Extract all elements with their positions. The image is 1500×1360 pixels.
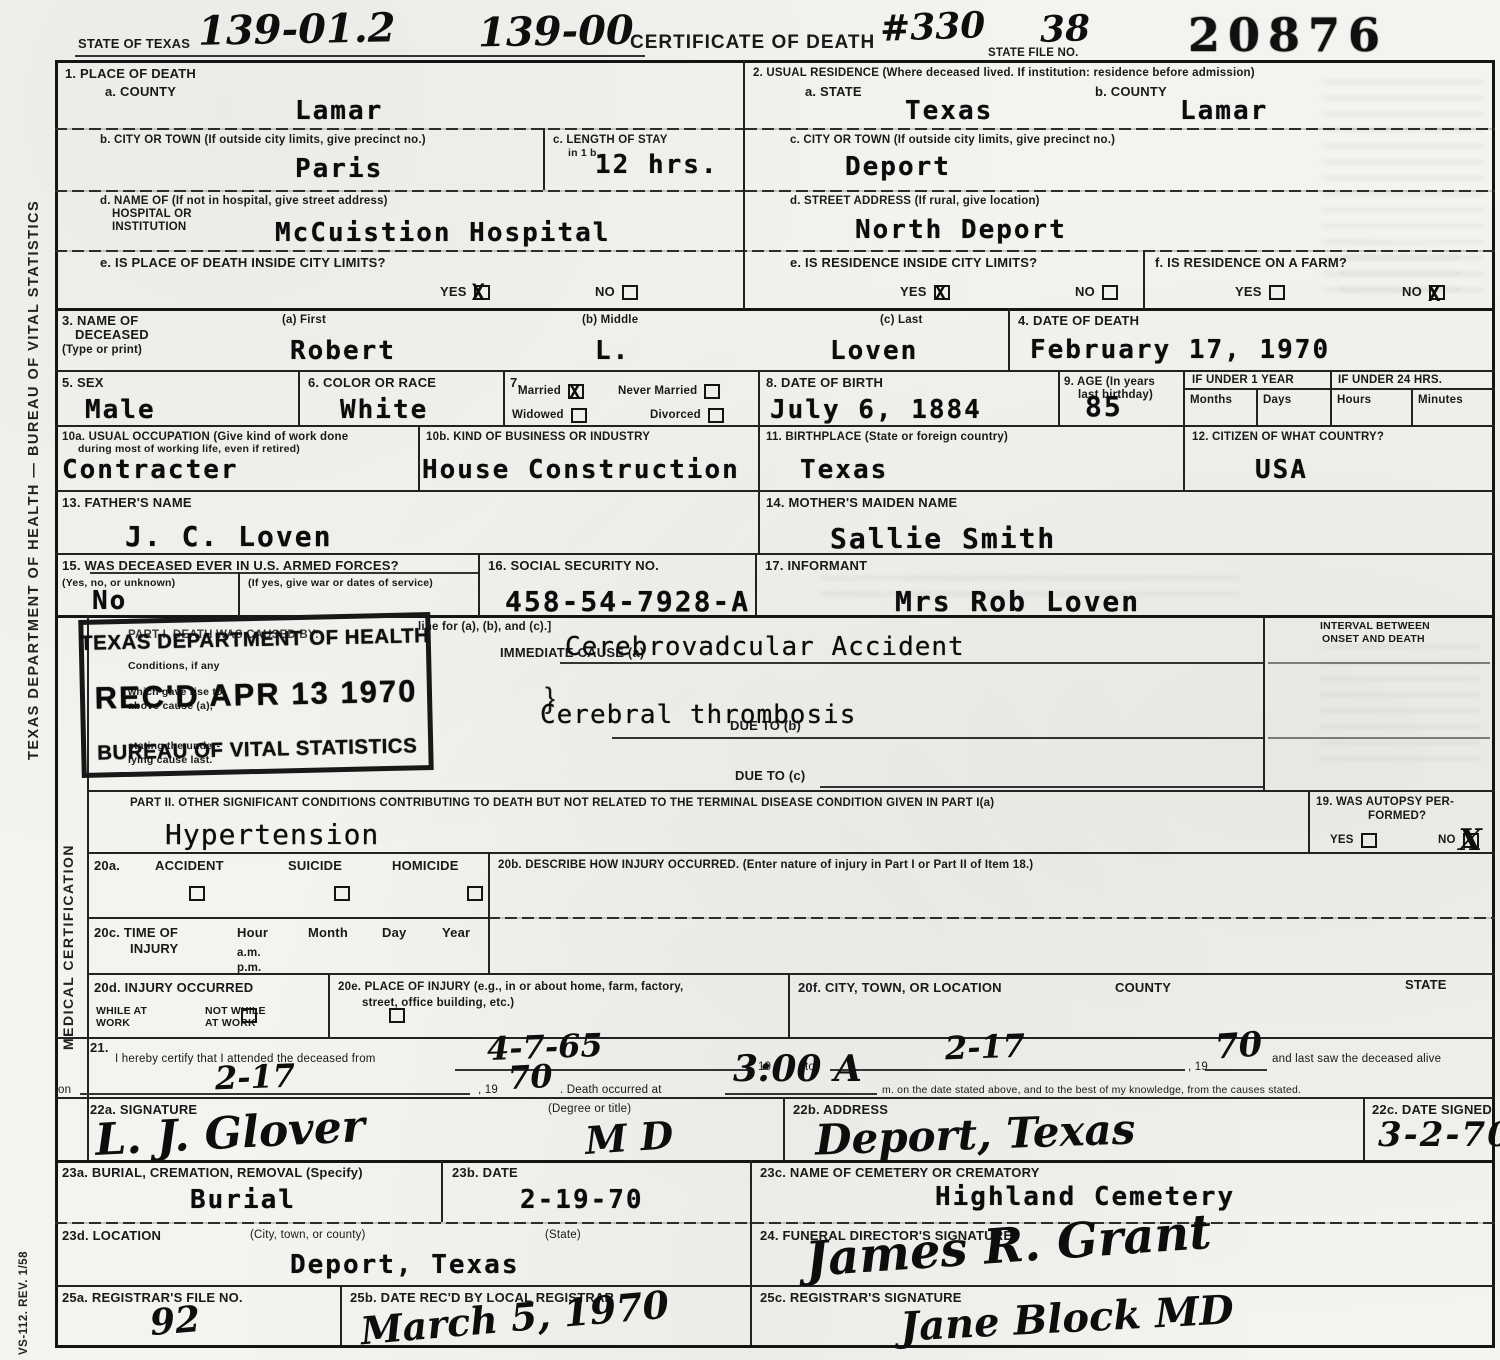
autopsy-yes: YES	[1330, 833, 1377, 848]
rule	[80, 1093, 470, 1095]
divorced-label: Divorced	[650, 408, 701, 422]
attended-to-year: 70	[1214, 1024, 1264, 1067]
rule	[87, 790, 1495, 792]
interval-label-2: ONSET AND DEATH	[1322, 633, 1425, 646]
no-label: NO	[1438, 833, 1456, 847]
residence-farm-yes: YES	[1235, 284, 1285, 300]
rule	[55, 425, 1495, 427]
divider	[418, 425, 420, 490]
armed-forces-value: No	[92, 586, 127, 616]
certify-text-9: m. on the date stated above, and to the …	[882, 1084, 1301, 1097]
months-label: Months	[1190, 393, 1232, 407]
burial-date-label: 23b. DATE	[452, 1165, 518, 1181]
autopsy-no: NO X	[1438, 833, 1479, 848]
city-value: Paris	[295, 154, 383, 184]
hour-label: Hour	[237, 925, 268, 941]
rule	[745, 128, 1495, 130]
cause-c-line	[820, 786, 1263, 788]
certify-text-6: on	[58, 1083, 71, 1097]
burial-date-value: 2-19-70	[520, 1185, 644, 1215]
last-name-value: Loven	[830, 336, 918, 366]
residence-city-label: c. CITY OR TOWN (If outside city limits,…	[790, 133, 1115, 147]
certify-text-5: and last saw the deceased alive	[1272, 1052, 1441, 1066]
date-of-death-value: February 17, 1970	[1030, 335, 1330, 365]
header-rule	[75, 55, 645, 57]
residence-state-label: a. STATE	[805, 84, 862, 100]
widowed-label: Widowed	[512, 408, 564, 422]
length-of-stay-label: c. LENGTH OF STAY	[553, 133, 668, 147]
industry-value: House Construction	[422, 455, 740, 485]
no-checkbox	[1102, 285, 1118, 300]
rule	[55, 553, 1495, 555]
state-file-number: 20876	[1188, 8, 1388, 62]
hours-label: Hours	[1337, 393, 1371, 407]
father-name-label: 13. FATHER'S NAME	[62, 495, 192, 511]
no-checkbox	[622, 285, 638, 300]
never-married-checkbox	[704, 384, 720, 399]
autopsy-label-2: FORMED?	[1368, 809, 1426, 823]
stamp-line-1: TEXAS DEPARTMENT OF HEALTH	[80, 624, 430, 656]
divider	[298, 370, 300, 425]
first-name-label: (a) First	[282, 313, 326, 327]
date-of-birth-label: 8. DATE OF BIRTH	[766, 375, 883, 391]
no-checkbox: X	[1429, 285, 1445, 300]
divider	[750, 1222, 752, 1285]
rule	[55, 1097, 1495, 1099]
rule	[55, 1160, 1495, 1163]
sex-label: 5. SEX	[62, 375, 104, 391]
suicide-checkbox	[334, 886, 350, 901]
marital-married: Married X	[518, 384, 584, 399]
yes-label: YES	[900, 284, 927, 300]
burial-location-label: 23d. LOCATION	[62, 1228, 161, 1244]
rule	[55, 128, 745, 130]
name-of-deceased-label-2: DECEASED	[75, 327, 149, 343]
degree-value: M D	[584, 1112, 675, 1163]
county-value: Lamar	[295, 96, 383, 126]
residence-county-label: b. COUNTY	[1095, 84, 1167, 100]
never-married-label: Never Married	[618, 384, 697, 398]
cause-a-line	[560, 662, 1263, 664]
street-address-label: d. STREET ADDRESS (If rural, give locati…	[790, 194, 1040, 208]
typed-x-mark: X	[472, 281, 485, 306]
left-margin-agency-label: TEXAS DEPARTMENT OF HEALTH — BUREAU OF V…	[26, 240, 42, 760]
divider	[1183, 370, 1185, 425]
yes-label: YES	[440, 284, 467, 300]
ssn-label: 16. SOCIAL SECURITY NO.	[488, 558, 659, 574]
first-name-value: Robert	[290, 336, 396, 366]
if-under-24-hrs-label: IF UNDER 24 HRS.	[1338, 373, 1442, 387]
burial-location-sub-2: (State)	[545, 1228, 581, 1242]
divider	[783, 1097, 785, 1160]
rule	[55, 250, 1495, 252]
father-name-value: J. C. Loven	[125, 520, 332, 553]
middle-name-value: L.	[595, 336, 630, 366]
month-label: Month	[308, 925, 348, 941]
divider	[750, 1160, 752, 1222]
typed-x-mark: X	[569, 381, 580, 403]
typed-x-mark: X	[935, 282, 946, 304]
injury-occurred-label: 20d. INJURY OCCURRED	[94, 980, 253, 996]
received-stamp: TEXAS DEPARTMENT OF HEALTH REC'D APR 13 …	[78, 612, 433, 778]
usual-residence-title: 2. USUAL RESIDENCE (Where deceased lived…	[753, 66, 1255, 80]
residence-state-value: Texas	[905, 96, 993, 126]
residence-city-limits-yes: YES X	[900, 284, 950, 300]
hospital-value: McCuistion Hospital	[275, 218, 610, 248]
hospital-label-3: INSTITUTION	[112, 220, 186, 234]
injury-city-label: 20f. CITY, TOWN, OR LOCATION	[798, 980, 1002, 996]
time-of-injury-label-2: INJURY	[130, 941, 178, 957]
rule	[55, 1222, 1495, 1224]
form-revision-label: VS-112. REV. 1/58	[18, 1225, 30, 1355]
ssn-value: 458-54-7928-A	[505, 585, 750, 618]
birthplace-value: Texas	[800, 455, 888, 485]
birthplace-label: 11. BIRTHPLACE (State or foreign country…	[766, 430, 1008, 444]
married-checkbox: X	[568, 384, 584, 399]
divider	[1411, 388, 1413, 425]
burial-label: 23a. BURIAL, CREMATION, REMOVAL (Specify…	[62, 1165, 363, 1181]
certificate-title: CERTIFICATE OF DEATH	[630, 31, 875, 55]
attended-to-date: 2-17	[944, 1027, 1025, 1068]
no-label: NO	[1402, 284, 1422, 300]
informant-value: Mrs Rob Loven	[895, 585, 1140, 618]
due-to-b-value: Cerebral thrombosis	[540, 700, 856, 730]
rule	[745, 190, 1495, 192]
county-label: a. COUNTY	[105, 84, 176, 100]
burial-location-value: Deport, Texas	[290, 1250, 520, 1280]
minutes-label: Minutes	[1418, 393, 1463, 407]
divorced-checkbox	[708, 408, 724, 423]
part2-value: Hypertension	[165, 818, 379, 851]
street-address-value: North Deport	[855, 215, 1067, 245]
divider	[543, 128, 545, 190]
divider	[788, 973, 790, 1037]
occupation-value: Contracter	[62, 455, 239, 485]
industry-label: 10b. KIND OF BUSINESS OR INDUSTRY	[426, 430, 650, 444]
city-label: b. CITY OR TOWN (If outside city limits,…	[100, 133, 426, 147]
rule	[55, 1037, 1495, 1039]
length-of-stay-value: 12 hrs.	[595, 150, 719, 180]
immediate-cause-value: Cerebrovadcular Accident	[565, 632, 965, 662]
handwritten-file-1: #330	[879, 4, 986, 50]
yes-checkbox: X	[934, 285, 950, 300]
divider	[1183, 425, 1185, 490]
injury-county-label: COUNTY	[1115, 980, 1171, 996]
certify-text-8: . Death occurred at	[560, 1083, 662, 1097]
residence-city-limits-no: NO	[1075, 284, 1118, 300]
homicide-label: HOMICIDE	[392, 858, 459, 874]
mother-name-value: Sallie Smith	[830, 522, 1056, 555]
death-time: 3:00 A	[733, 1048, 862, 1090]
part1-fragment: line for (a), (b), and (c).]	[418, 620, 551, 634]
last-name-label: (c) Last	[880, 313, 923, 327]
handwritten-file-2: 38	[1039, 7, 1091, 51]
last-seen-date: 2-17	[214, 1057, 295, 1098]
divider	[750, 1285, 752, 1345]
place-of-injury-label-1: 20e. PLACE OF INJURY (e.g., in or about …	[338, 980, 683, 994]
if-under-1-year-label: IF UNDER 1 YEAR	[1192, 373, 1294, 387]
divider	[1008, 308, 1010, 370]
no-label: NO	[1075, 284, 1095, 300]
yes-label: YES	[1330, 833, 1354, 847]
rule	[830, 1069, 1185, 1071]
marital-widowed: Widowed	[512, 408, 587, 423]
residence-city-limits-label: e. IS RESIDENCE INSIDE CITY LIMITS?	[790, 255, 1037, 271]
sex-value: Male	[85, 395, 156, 425]
state-file-no-label: STATE FILE NO.	[988, 46, 1079, 60]
residence-county-value: Lamar	[1180, 96, 1268, 126]
interval-b-line	[1268, 737, 1490, 739]
rule	[87, 852, 1495, 854]
race-label: 6. COLOR OR RACE	[308, 375, 436, 391]
cause-b-line	[612, 737, 1263, 739]
married-label: Married	[518, 384, 561, 398]
middle-name-label: (b) Middle	[582, 313, 638, 327]
certify-text-4: , 19	[1188, 1060, 1208, 1074]
stamp-line-2: REC'D APR 13 1970	[94, 673, 418, 716]
divider	[503, 370, 505, 425]
yes-checkbox	[1269, 285, 1285, 300]
divider	[1263, 615, 1265, 790]
citizen-label: 12. CITIZEN OF WHAT COUNTRY?	[1192, 430, 1384, 444]
accident-label: ACCIDENT	[155, 858, 224, 874]
rule	[455, 1069, 750, 1071]
death-certificate-scan: STATE OF TEXAS 139-01.2 139-00 CERTIFICA…	[0, 0, 1500, 1360]
residence-city-value: Deport	[845, 152, 951, 182]
not-while-at-work-label-2: AT WORK	[205, 1017, 256, 1030]
divider	[743, 60, 745, 308]
days-label: Days	[1263, 393, 1291, 407]
pm-label: p.m.	[237, 961, 261, 975]
divider	[340, 1285, 342, 1345]
race-value: White	[340, 395, 428, 425]
injury-state-label: STATE	[1405, 977, 1447, 993]
cemetery-label: 23c. NAME OF CEMETERY OR CREMATORY	[760, 1165, 1040, 1181]
rule	[725, 1093, 877, 1095]
mother-name-label: 14. MOTHER'S MAIDEN NAME	[766, 495, 957, 511]
residence-farm-label: f. IS RESIDENCE ON A FARM?	[1155, 255, 1347, 271]
citizen-value: USA	[1255, 455, 1308, 485]
divider	[1308, 790, 1310, 852]
marital-divorced: Divorced	[650, 408, 724, 423]
burial-value: Burial	[190, 1185, 296, 1215]
suicide-label: SUICIDE	[288, 858, 342, 874]
while-at-work-label-2: WORK	[96, 1017, 130, 1030]
divider	[1058, 370, 1060, 425]
accident-checkbox	[189, 886, 205, 901]
certify-text-7: , 19	[478, 1083, 498, 1097]
date-of-birth-value: July 6, 1884	[770, 395, 982, 425]
no-label: NO	[595, 284, 615, 300]
no-checkbox: X	[1463, 833, 1479, 848]
am-label: a.m.	[237, 946, 261, 960]
divider	[1143, 250, 1145, 308]
residence-farm-no: NO X	[1402, 284, 1445, 300]
divider	[328, 973, 330, 1037]
divider	[1363, 1097, 1365, 1160]
place-of-death-title: 1. PLACE OF DEATH	[65, 66, 196, 82]
year-label: Year	[442, 925, 470, 941]
burial-location-sub-1: (City, town, or county)	[250, 1228, 366, 1242]
stamp-line-3: BUREAU OF VITAL STATISTICS	[97, 734, 418, 765]
divider	[755, 553, 757, 615]
divider	[1256, 388, 1258, 425]
date-signed-value: 3-2-70	[1378, 1115, 1500, 1155]
widowed-checkbox	[571, 408, 587, 423]
rule	[55, 308, 1495, 311]
yes-checkbox	[1361, 833, 1377, 848]
informant-label: 17. INFORMANT	[765, 558, 867, 574]
certify-number: 21.	[90, 1040, 109, 1056]
handwritten-x-mark: X	[1459, 823, 1482, 858]
rule	[1183, 388, 1495, 390]
handwritten-code-1: 139-01.2	[198, 4, 396, 54]
rule	[55, 190, 745, 192]
rule	[1205, 1069, 1267, 1071]
divider	[478, 553, 480, 615]
death-city-limits-yes: YES X	[440, 284, 490, 300]
date-of-death-label: 4. DATE OF DEATH	[1018, 313, 1139, 329]
name-of-deceased-label-3: (Type or print)	[62, 343, 142, 357]
homicide-checkbox	[467, 886, 483, 901]
rule	[87, 973, 1495, 975]
accident-row-number: 20a.	[94, 858, 120, 874]
age-value: 85	[1085, 390, 1123, 423]
rule	[55, 490, 1495, 492]
registrar-file-value: 92	[148, 1298, 202, 1344]
divider	[758, 490, 760, 553]
armed-forces-label: 15. WAS DECEASED EVER IN U.S. ARMED FORC…	[62, 558, 399, 574]
divider	[758, 370, 760, 425]
autopsy-label-1: 19. WAS AUTOPSY PER-	[1316, 795, 1454, 809]
divider	[758, 425, 760, 490]
divider	[488, 852, 490, 973]
rule	[55, 370, 1495, 372]
degree-or-title-label: (Degree or title)	[548, 1102, 631, 1116]
rule	[488, 917, 1495, 919]
day-label: Day	[382, 925, 406, 941]
describe-injury-label: 20b. DESCRIBE HOW INJURY OCCURRED. (Ente…	[498, 858, 1033, 872]
divider	[238, 572, 240, 615]
death-city-limits-label: e. IS PLACE OF DEATH INSIDE CITY LIMITS?	[100, 255, 386, 271]
last-seen-year: 70	[507, 1057, 553, 1097]
interval-label-1: INTERVAL BETWEEN	[1320, 620, 1430, 633]
death-city-limits-no: NO	[595, 284, 638, 300]
yes-checkbox: X	[474, 285, 490, 300]
time-of-injury-label-1: 20c. TIME OF	[94, 925, 178, 941]
rule	[87, 917, 488, 919]
state-of-texas-label: STATE OF TEXAS	[78, 36, 190, 52]
handwritten-code-2: 139-00	[478, 7, 635, 57]
divider	[1330, 370, 1332, 425]
rule	[55, 1285, 1495, 1287]
x-mark: X	[1428, 282, 1441, 306]
divider	[441, 1160, 443, 1222]
part2-label: PART II. OTHER SIGNIFICANT CONDITIONS CO…	[130, 796, 994, 810]
place-of-injury-label-2: street, office building, etc.)	[362, 996, 514, 1010]
armed-forces-sub-2: (If yes, give war or dates of service)	[248, 577, 433, 590]
marital-never-married: Never Married	[618, 384, 720, 399]
due-to-c-label: DUE TO (c)	[735, 768, 805, 784]
yes-label: YES	[1235, 284, 1262, 300]
interval-a-line	[1268, 662, 1490, 664]
